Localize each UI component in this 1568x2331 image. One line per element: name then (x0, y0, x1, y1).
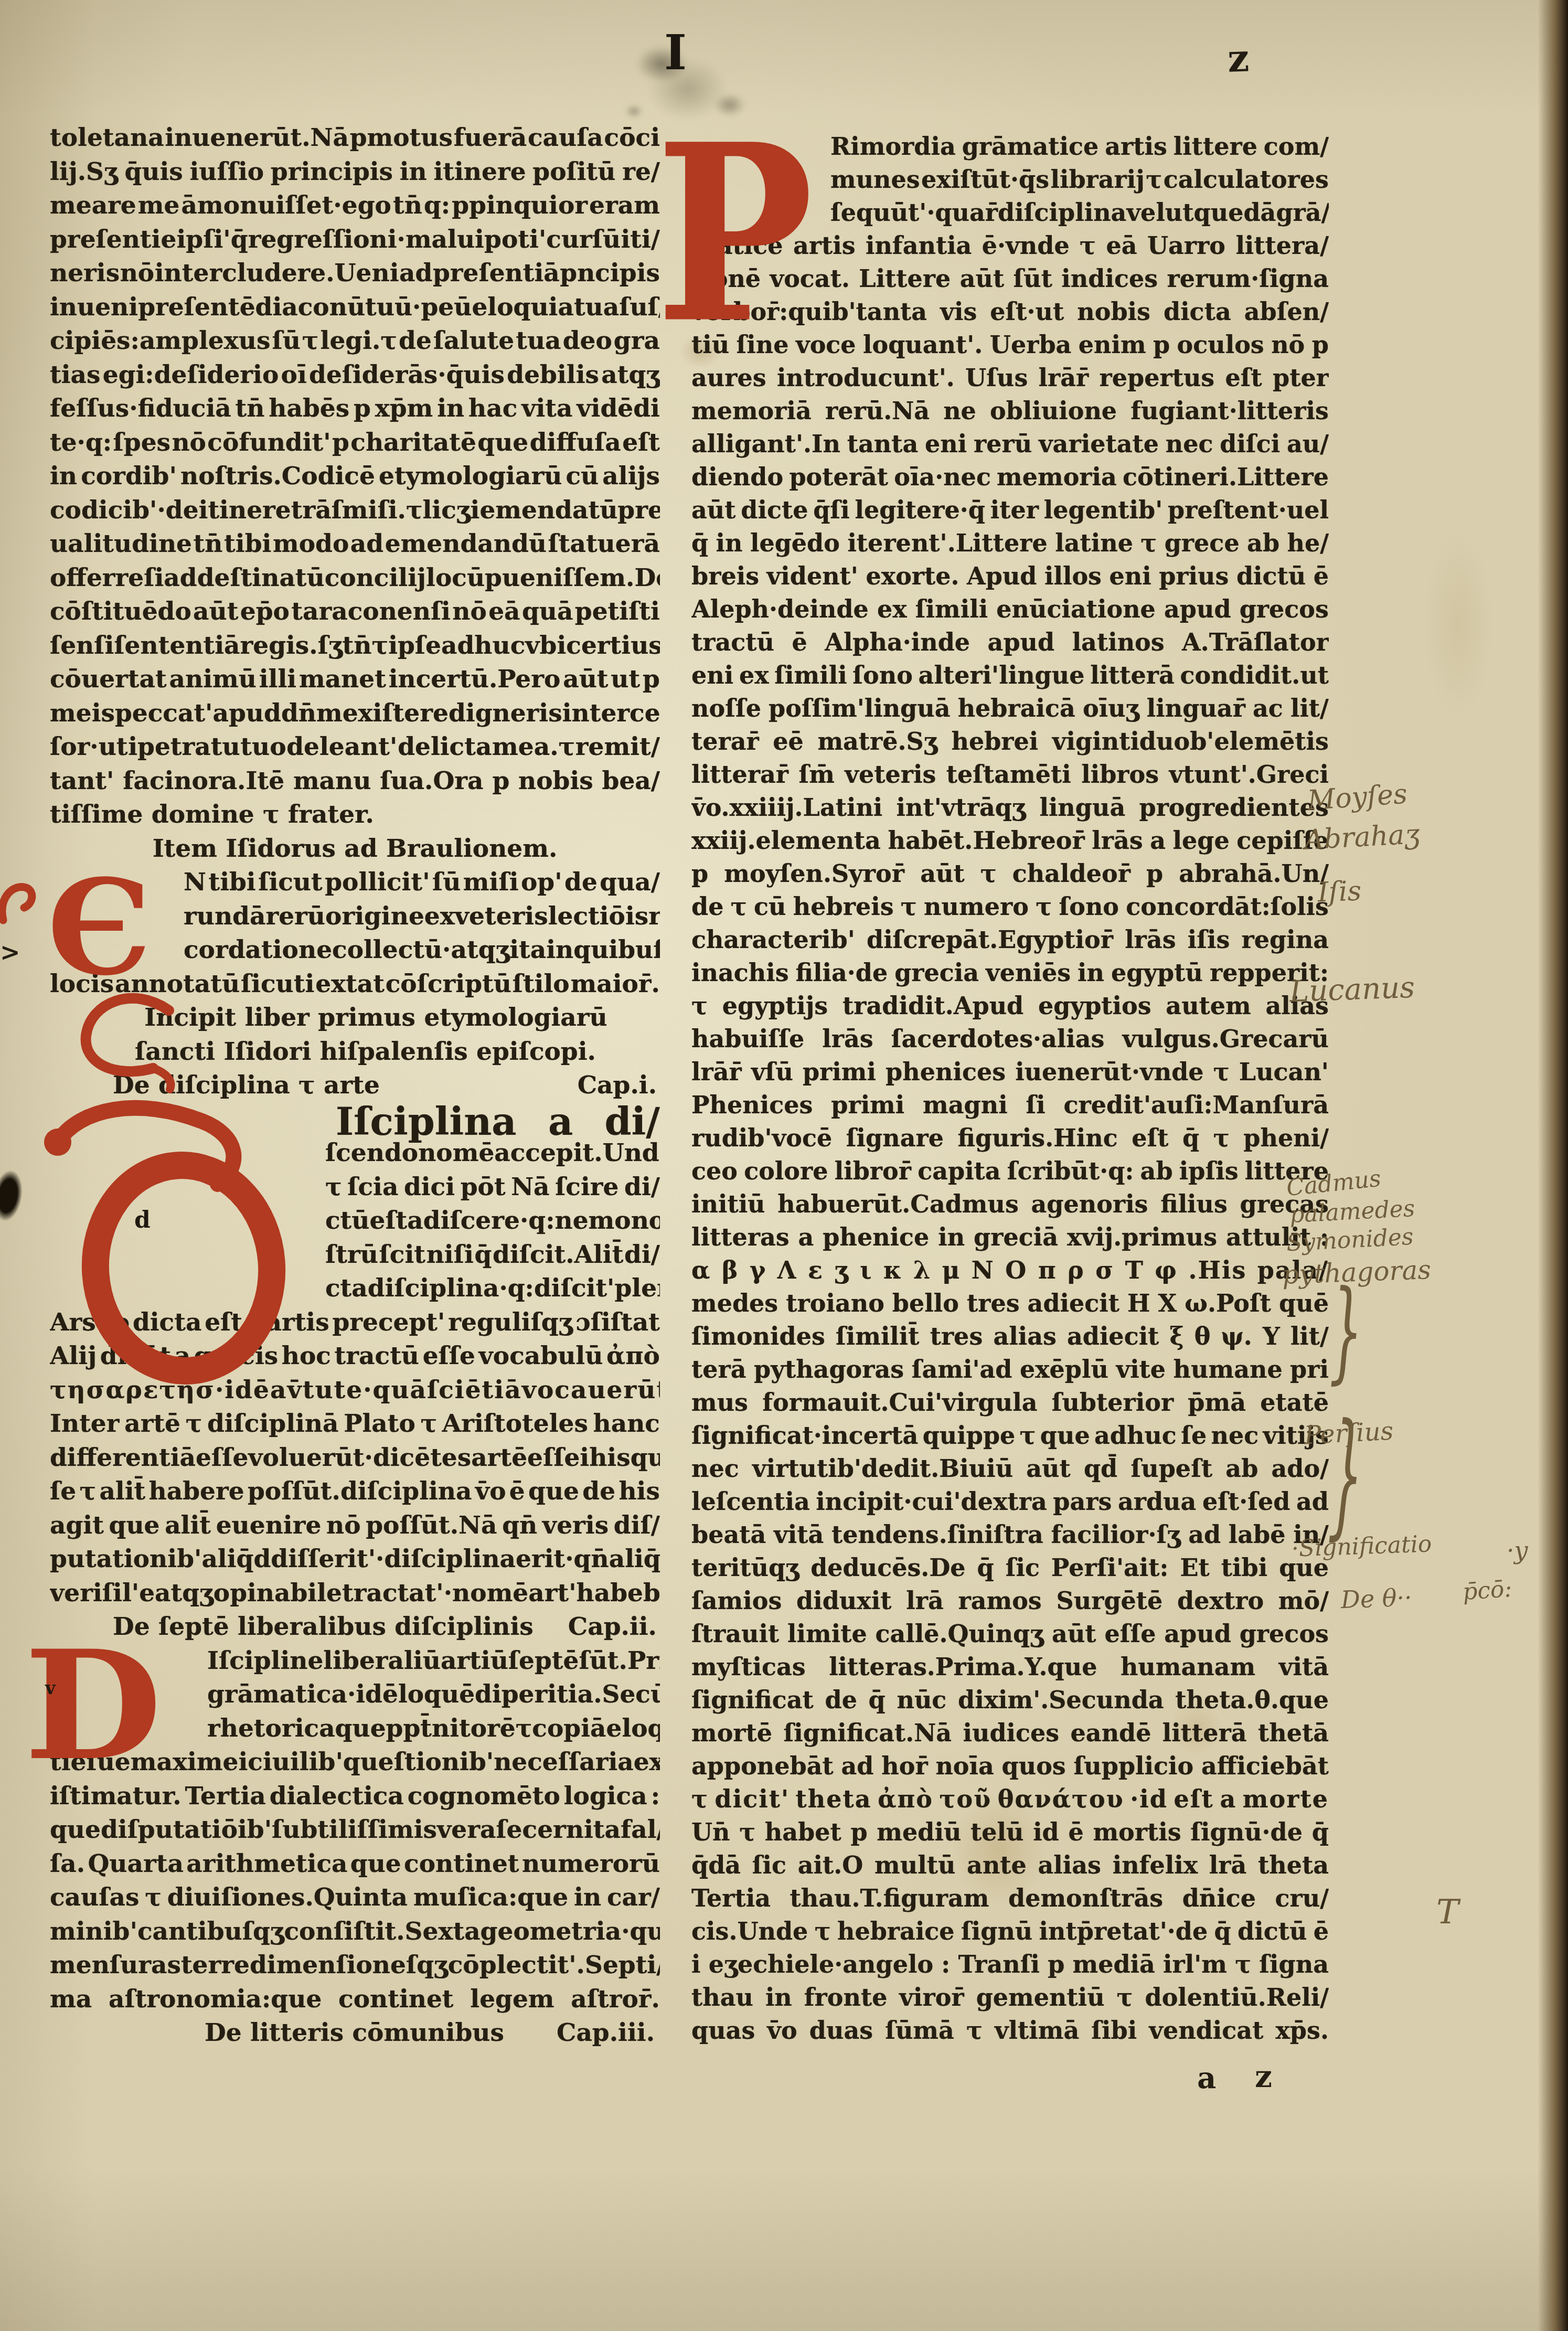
text-line: τdicit'thetaἀπὸτοῦθανάτου·ideſtamorte (691, 1785, 1329, 1818)
word: int'vtrāqʒ (897, 793, 1026, 822)
word: id (1033, 1818, 1059, 1846)
word: ppinquior (452, 191, 588, 220)
word: pōt (461, 1173, 506, 1201)
word: adhuc (441, 631, 525, 660)
text-line: myſticaslitteras.Prima.Y.quehumanamvitā (691, 1653, 1329, 1686)
word: ſimili (774, 661, 847, 689)
word: que (335, 1714, 386, 1743)
word: facinora.Itē (123, 767, 284, 795)
text-line: ſignificat·incertāquippeτqueadhucſenecvi… (691, 1421, 1329, 1454)
word: diſciplina·q: (368, 1274, 534, 1303)
text-line: veriſil'eatqʒopinabiletractat'·nomēart'h… (50, 1579, 660, 1613)
word: ē (1068, 1818, 1083, 1846)
word: ·id (1130, 1785, 1168, 1813)
word: diſcere·q: (423, 1206, 555, 1235)
word: continet (404, 1849, 519, 1878)
word: q: (424, 191, 450, 220)
word: mō/ (1278, 1587, 1329, 1615)
text-line: ſignificatdeq̄nūcdixim'.Secundatheta.θ.q… (691, 1686, 1329, 1719)
word: aūt (563, 665, 608, 694)
word: nomē (418, 1138, 494, 1167)
word: dextro (1177, 1587, 1264, 1615)
word: delicta (398, 732, 492, 761)
word: ſtrauit (691, 1620, 779, 1648)
word: q̄dā (691, 1851, 741, 1879)
text-line: thauinfronteviror̄gementiūτdolentiū.Reli… (691, 1983, 1329, 2016)
word: figuris.Hinc (958, 1124, 1118, 1152)
word: alias (1038, 1851, 1101, 1879)
word: enim (1079, 331, 1146, 359)
margin-annotation: De θ·· (1340, 1583, 1412, 1614)
word: nec (1211, 1421, 1259, 1450)
word: tradidit.Apud (842, 992, 1023, 1020)
word: teritūqʒ (691, 1553, 799, 1582)
word: liberaliū (323, 1646, 441, 1675)
word: conſiſtit.Sexta (284, 1917, 481, 1946)
word: alias (993, 1322, 1056, 1350)
word: oīa·nec (894, 463, 991, 491)
chapter-title: De litteris cōmunibus (205, 2018, 504, 2047)
word: iti/ (621, 225, 660, 254)
word: aūt (960, 264, 1005, 293)
word: eʒechiele·angelo (709, 1950, 933, 1978)
word: diſputatiōib' (101, 1815, 272, 1844)
word: diſciplinā (207, 1409, 339, 1438)
word: egi:deſiderio (103, 360, 279, 389)
word: aūt (920, 859, 965, 888)
text-line: cipiēs:amplexusſūτlegi.τdeſalutetuadeogr… (50, 326, 660, 360)
word: vitā (774, 1520, 824, 1549)
text-line: differentiāeſſevoluerūt·dicētesartēeſſei… (50, 1443, 660, 1477)
text-line: litterar̄ſm̄veteristeſtamētilibrosvtunt'… (691, 760, 1329, 793)
word: ſignū·de (1190, 1818, 1303, 1846)
word: φ (1155, 1256, 1178, 1284)
word: ſignificat·incertā (691, 1421, 918, 1450)
word: lrās (822, 1025, 873, 1053)
word: iuſſio (189, 157, 264, 186)
word: locū (426, 563, 485, 592)
word: τ (325, 1173, 342, 1201)
word: Λ (777, 1256, 797, 1284)
word: offerre (50, 563, 144, 592)
word: ſigna (1259, 1950, 1329, 1978)
word: adiecit (1028, 1289, 1119, 1317)
word: lij.Sʒ (50, 157, 118, 186)
word: egyptijs (722, 992, 828, 1020)
text-line: xxiij.elementahabēt.Hebreor̄lrāsalegecep… (691, 826, 1329, 859)
word: Iſciplina (336, 1105, 517, 1138)
word: cis.Unde (691, 1917, 808, 1945)
word: calculatores (1164, 165, 1329, 194)
word: quas (691, 2016, 755, 2045)
word: poſſūt.Nā (366, 1511, 497, 1540)
word: Χ (1158, 1289, 1177, 1317)
word: modo (273, 529, 349, 558)
ink-blot (0, 1168, 26, 1223)
word: de (564, 868, 598, 897)
word: hebrei (951, 727, 1038, 755)
word: licʒ (423, 496, 471, 525)
word: bello (892, 1289, 959, 1317)
word: enūciatione (996, 595, 1156, 623)
word: grece (1165, 529, 1240, 557)
word: A.Trāſlator (1182, 628, 1329, 656)
word: pheni/ (1243, 1124, 1329, 1152)
word: vident' (767, 562, 858, 590)
word: i (691, 1950, 700, 1978)
word: tendens.ſiniſtra (831, 1520, 1043, 1549)
word: hebreis (793, 892, 894, 921)
word: ſenſi (50, 631, 114, 660)
word: ſm̄ (798, 760, 834, 789)
word: hor̄ (881, 1752, 927, 1780)
word: chaldeor̄ (1012, 859, 1130, 888)
word: Rimordia (830, 132, 956, 161)
word: ſecernit (496, 1815, 604, 1844)
word: artiū (441, 1646, 508, 1675)
text-line: cauſasτdiuiſiones.Quintamuſica:queincar/ (50, 1883, 660, 1917)
word: eloquen (606, 1714, 660, 1743)
word: nec (691, 1454, 739, 1483)
word: miſi (463, 868, 519, 897)
word: diaconū (255, 293, 365, 322)
word: com/ (1264, 132, 1329, 161)
word: charitatē (350, 428, 476, 457)
word: habebit. (577, 1579, 660, 1608)
word: limite (787, 1620, 867, 1648)
text-line: inuenipreſentēdiaconūtuū·peūeloquiatuaſu… (50, 293, 660, 327)
margin-annotation: T (1436, 1893, 1459, 1932)
word: ipſi'q̄ (176, 225, 248, 254)
rubric-initial-D: D (24, 1631, 162, 1781)
word: tuū·p (365, 293, 438, 322)
word: grā/ (1276, 198, 1329, 227)
text-line: ſimonidesſimilit̄tresaliasadiecitξθψ.Yli… (691, 1322, 1329, 1355)
word: dialectica (270, 1782, 404, 1811)
paragraph-mark-tail (153, 1068, 171, 1089)
word: dn̄m (281, 699, 343, 728)
word: terre (181, 1951, 250, 1979)
chapter-title: De ſeptē liberalibus diſciplinis (113, 1612, 534, 1641)
word: lectiōis (548, 902, 649, 931)
margin-annotation: } (1327, 1393, 1366, 1554)
word: vita (521, 394, 572, 423)
word: minib' (50, 1917, 137, 1946)
word: ſtilo (513, 970, 570, 998)
word: Ο (1005, 1256, 1027, 1284)
word: p̄mā (1188, 1388, 1246, 1417)
word: τ (1140, 529, 1157, 557)
word: regis.ſʒ (240, 631, 342, 660)
text-line: memoriārerū.Nāneobliuionefugiant·litteri… (691, 397, 1329, 430)
word: nō (1271, 331, 1305, 359)
word: eſſe (527, 1443, 580, 1472)
word: deleant' (286, 732, 397, 761)
word: loquēdi (398, 1680, 502, 1709)
word: di/ (605, 1105, 660, 1138)
word: veriſil'e (50, 1579, 155, 1608)
word: v̄o (767, 2016, 797, 2045)
word: greciā (974, 1223, 1058, 1251)
word: linguar̄ (1147, 694, 1245, 722)
word: tant' (50, 767, 114, 795)
word: quedā (1194, 198, 1276, 227)
word: tres (930, 1322, 983, 1350)
word: ſubtiliſſimis (272, 1815, 437, 1844)
word: ex/ (634, 1748, 660, 1776)
word: dici (404, 1173, 455, 1201)
paragraph-mark-icon (69, 989, 185, 1094)
word: littera/ (1235, 231, 1329, 260)
text-line: feſſus·fiduciātn̄habēspxp̄minhacvitavidē… (50, 394, 660, 428)
word: ut (611, 665, 640, 694)
text-line: cōſtituēdoaūtep̄otaraconenſinōeāquāpetiſ… (50, 597, 660, 631)
word: ē (1314, 1917, 1329, 1945)
text-line: litterasapheniceingreciāxvij.primusattul… (691, 1223, 1329, 1256)
word: a (548, 1105, 573, 1138)
word: aūt (193, 597, 238, 626)
word: aſtror̄. (571, 1985, 660, 2014)
word: cognomēto (408, 1782, 560, 1811)
word: ad (350, 529, 383, 558)
word: meis (50, 699, 115, 728)
word: : (651, 1782, 660, 1811)
word: vidēdi (577, 394, 660, 423)
word: xp̄m (375, 394, 433, 423)
word: gra (614, 326, 660, 355)
word: p (1146, 859, 1163, 888)
word: Surgētē (1056, 1587, 1162, 1615)
word: ad (841, 1752, 874, 1780)
word: p (691, 859, 708, 888)
signature-mark-a: a (1197, 2061, 1216, 2095)
word: alit̄ (165, 1511, 211, 1540)
word: intp̄retat'·de (1039, 1917, 1208, 1945)
word: τ (1036, 892, 1052, 921)
word: memoria (997, 463, 1117, 491)
text-line: initiūhabuerūt.Cadmusagenorisfiliusgreca… (691, 1190, 1329, 1223)
word: obliuione (990, 397, 1117, 425)
word: condidit.ut (1180, 661, 1329, 689)
word: poſſim'linguā (769, 694, 950, 722)
word: Uerba (990, 331, 1072, 359)
word: quibuſdā (573, 935, 660, 964)
word: litteras.Prima.Y.que (829, 1653, 1097, 1681)
word: itinere (199, 496, 291, 525)
word: moyſen.Syror̄ (724, 859, 904, 888)
word: ſententiā (114, 631, 240, 660)
text-line: aūtdicteq̄ſilegitere·q̄iterlegentib'preſ… (691, 496, 1329, 529)
word: tn̄ (343, 631, 372, 660)
word: vitā (1279, 1653, 1329, 1681)
word: ſimili (915, 595, 988, 623)
word: noſſe (691, 694, 761, 722)
word: pueniſſem.De (485, 563, 660, 592)
word: ψ. (1221, 1322, 1252, 1350)
word: Quarta (88, 1849, 184, 1878)
word: Lucan' (1239, 1058, 1329, 1086)
word: ab (1247, 529, 1279, 557)
margin-annotation: p̄cō: (1462, 1576, 1512, 1605)
text-line: q̄inlegēdoiterent'.Litterelatineτgreceab… (691, 529, 1329, 562)
word: fuerā (454, 123, 527, 152)
word: nō (326, 1511, 361, 1540)
word: nemo (555, 1206, 631, 1235)
word: eſt (1132, 1124, 1168, 1152)
word: diendo (691, 463, 783, 491)
word: vite (1116, 1355, 1166, 1383)
word: mea.τ (492, 732, 575, 761)
word: nobis (1077, 297, 1150, 326)
word: ſicut (258, 868, 323, 897)
word: τ (739, 1818, 755, 1846)
word: ſupeſt (1130, 1454, 1212, 1483)
word: ita (509, 935, 546, 964)
word: quos (1002, 1752, 1066, 1780)
word: tuo (240, 732, 286, 761)
word: alijs (602, 462, 660, 491)
text-line: necvirtutib'dedit.Biuiūaūtqd̄ſupeſtabado… (691, 1454, 1329, 1487)
word: regreſſioni·malui (248, 225, 484, 254)
word: ρ (1068, 1256, 1085, 1284)
word: p (1312, 331, 1329, 359)
word: .His (1188, 1256, 1246, 1284)
word: Τ (1125, 1256, 1144, 1284)
word: fugiant·litteris (1130, 397, 1329, 425)
word: que (477, 428, 528, 457)
word: γ (750, 1256, 766, 1284)
word: dicte (741, 496, 808, 524)
word: re/ (648, 902, 660, 931)
text-line: ualitudinetn̄tibimodoademendandūſtatuerā (50, 529, 660, 563)
word: ſa. (50, 1849, 85, 1878)
word: ex (877, 595, 907, 623)
word: diſciplina (998, 198, 1126, 227)
word: a (605, 1815, 621, 1844)
word: ſcire (555, 1173, 618, 1201)
word: cū (566, 462, 599, 491)
word: litterā (1090, 661, 1175, 689)
text-line: ſtrauitlimitecallē.Quinqʒaūteſſeapudgrec… (691, 1620, 1329, 1653)
word: i (238, 1748, 248, 1776)
word: phenices (886, 1058, 1006, 1086)
word: rerū.Nā (825, 397, 930, 425)
word: Aleph·deinde (691, 595, 869, 623)
word: ad (1188, 1520, 1221, 1549)
word: nō (120, 259, 155, 288)
word: fronte (804, 1983, 888, 2011)
word: pncipis (560, 259, 660, 288)
word: cōfundit' (207, 428, 330, 457)
word: legitere·q̄ (855, 496, 985, 524)
word: irl'm (1163, 1950, 1227, 1978)
word: adiecit (1067, 1322, 1159, 1350)
word: ex (739, 661, 769, 689)
word: π (1038, 1256, 1057, 1284)
word: p (1048, 1950, 1064, 1978)
text-line: teritūqʒdeducēs.Deq̄ſicPerſi'ait:Ettibiq… (691, 1553, 1329, 1587)
word: progredientes (1139, 793, 1329, 822)
word: de (582, 1477, 615, 1506)
word: apud (1164, 1620, 1231, 1648)
word: he/ (1287, 529, 1329, 557)
word: τ (815, 1917, 831, 1945)
word: a (1220, 1785, 1236, 1813)
text-line: De litteris cōmunibusCap.iii. (50, 2018, 660, 2052)
word: ipſe (388, 631, 441, 660)
word: que (109, 1511, 160, 1540)
word: vbi (525, 631, 566, 660)
word: de (691, 892, 723, 921)
word: cū (754, 892, 786, 921)
word: cauſa (528, 123, 603, 152)
word: in (546, 935, 573, 964)
word: ſicuti (241, 970, 314, 998)
word: τ (1117, 1983, 1133, 2011)
word: N (184, 868, 206, 897)
word: āmonuiſſet·ego (182, 191, 391, 220)
word: eni (691, 661, 733, 689)
word: ado/ (1272, 1454, 1329, 1483)
word: tractat'·nomē (342, 1579, 528, 1608)
word: eē (773, 727, 804, 755)
word: v̄tute·quā (287, 1376, 427, 1404)
word: theta (796, 1785, 872, 1813)
text-line: τegyptijstradidit.Apudegyptiosautemalias (691, 992, 1329, 1025)
text-line: terar̄eēmatrē.Sʒhebreivigintiduob'elemēt… (691, 727, 1329, 760)
word: regina (1242, 925, 1329, 954)
word: opinabile (214, 1579, 342, 1608)
word: τ (145, 1883, 162, 1912)
text-line: lij.Sʒq̄uisiuſſioprincipisinitinerepoſit… (50, 157, 660, 191)
word: art' (528, 1579, 576, 1608)
word: thetā (1258, 1719, 1329, 1747)
word: afficiebāt (1201, 1752, 1329, 1780)
word: infelix (1113, 1851, 1198, 1879)
word: ſequūt'·quar̄ (830, 198, 998, 227)
word: veteris (455, 902, 548, 931)
word: intercludere.Ueni (155, 259, 399, 288)
word: facilior·ſʒ (1051, 1520, 1181, 1549)
word: ſūt (1014, 264, 1052, 293)
quire-mark: z (1227, 35, 1250, 80)
word: dicta (1164, 297, 1231, 326)
word: erit·qn̄ (516, 1545, 609, 1573)
word: deſiderās·q̄uis (309, 360, 505, 389)
word: tibi (1221, 1553, 1267, 1582)
word: taraconenſi (291, 597, 451, 626)
word: primi (831, 1091, 904, 1119)
word: Tranſi (958, 1950, 1040, 1978)
word: incipit·cui'dextra (816, 1487, 1047, 1516)
word: vſū (751, 1058, 793, 1086)
word: deo (563, 326, 612, 355)
word: eni (925, 430, 967, 458)
text-line: q̄dāſicait.Omultūantealiasinfelixlrāthet… (691, 1851, 1329, 1884)
text-line: ceocolorelibror̄capitaſcribūt·q:abipſisl… (691, 1157, 1329, 1190)
word: θανάτου (998, 1785, 1124, 1813)
word: credit'auſi:Manſurā (1064, 1091, 1329, 1119)
word: vulgus.Grecarū (1123, 1025, 1329, 1053)
word: latine (1055, 529, 1133, 557)
word: ſimilit̄ (836, 1322, 920, 1350)
word: abrahā.Un/ (1179, 859, 1329, 888)
word: nō (452, 597, 487, 626)
margin-annotation: } (1329, 1266, 1363, 1396)
text-line: Un̄τhabetpmediūtelūidēmortisſignū·deq̄ (691, 1818, 1329, 1851)
word: q̄ (869, 1686, 886, 1714)
word: ep̄o (240, 597, 290, 626)
